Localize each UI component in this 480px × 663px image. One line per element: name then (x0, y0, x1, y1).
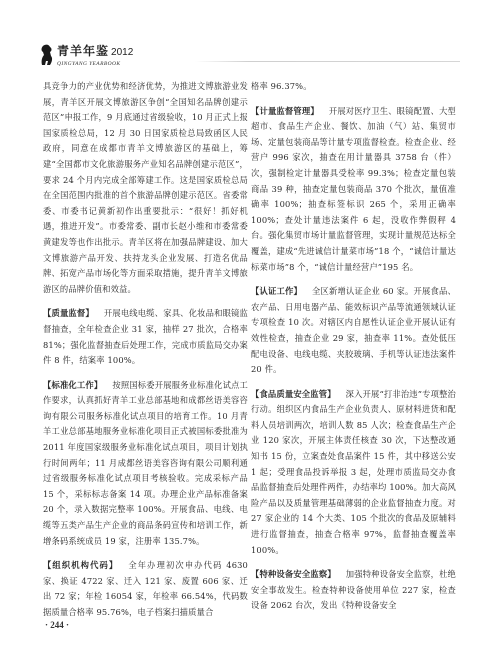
paragraph-brand-demo-zone: 具竞争力的产业优势和经济优势，为推进文博旅游业发展，青羊区开展文博旅游区争创“全… (43, 79, 248, 297)
paragraph-food-safety: 【食品质量安全监管】深入开展“打非治违”专项整治行动。组织区内食品生产企业负责人… (251, 387, 456, 559)
section-heading: 【组织机构代码】 (43, 560, 118, 570)
left-column: 具竞争力的产业优势和经济优势，为推进文博旅游业发展，青羊区开展文博旅游区争创“全… (43, 79, 248, 621)
page-number: · 244 · (45, 620, 69, 630)
paragraph-special-equipment: 【特种设备安全监察】加强特种设备安全监察，杜绝安全事故发生。检查特种设备使用单位… (251, 567, 456, 614)
yearbook-year: 2012 (111, 47, 133, 58)
section-heading: 【标准化工作】 (43, 380, 102, 390)
right-column: 格率 96.37%。 【计量监督管理】开展对医疗卫生、眼镜配置、大型超市、食品生… (251, 79, 456, 614)
paragraph-certification: 【认证工作】全区新增认证企业 60 家。开展食品、农产品、日用电器产品、能效标识… (251, 284, 456, 378)
section-heading: 【特种设备安全监察】 (251, 569, 336, 579)
paragraph-quality-supervision: 【质量监督】开展电线电缆、家具、化妆品和眼镜监督抽查，全年检查企业 31 家，抽… (43, 306, 248, 368)
sheep-logo-icon (40, 44, 54, 66)
yearbook-title: 青羊年鉴2012 (57, 44, 133, 60)
page-header: 青羊年鉴2012 QINGYANG YEARBOOK (40, 44, 460, 74)
header-divider (195, 61, 460, 62)
paragraph-org-code: 【组织机构代码】全年办理初次申办代码 4630 家、换证 4722 家、迁入 1… (43, 558, 248, 620)
yearbook-subtitle: QINGYANG YEARBOOK (57, 60, 133, 68)
paragraph-metrology: 【计量监督管理】开展对医疗卫生、眼镜配置、大型超市、食品生产企业、餐饮、加油（气… (251, 104, 456, 276)
yearbook-logo: 青羊年鉴2012 QINGYANG YEARBOOK (40, 44, 133, 68)
section-heading: 【食品质量安全监管】 (251, 389, 336, 399)
section-heading: 【计量监督管理】 (251, 106, 319, 116)
section-heading: 【质量监督】 (43, 308, 94, 318)
paragraph-continuation: 格率 96.37%。 (251, 79, 456, 95)
section-heading: 【认证工作】 (251, 286, 302, 296)
paragraph-standardization: 【标准化工作】按照国标委开展服务业标准化试点工作要求，认真抓好青羊工业总部基地和… (43, 378, 248, 550)
